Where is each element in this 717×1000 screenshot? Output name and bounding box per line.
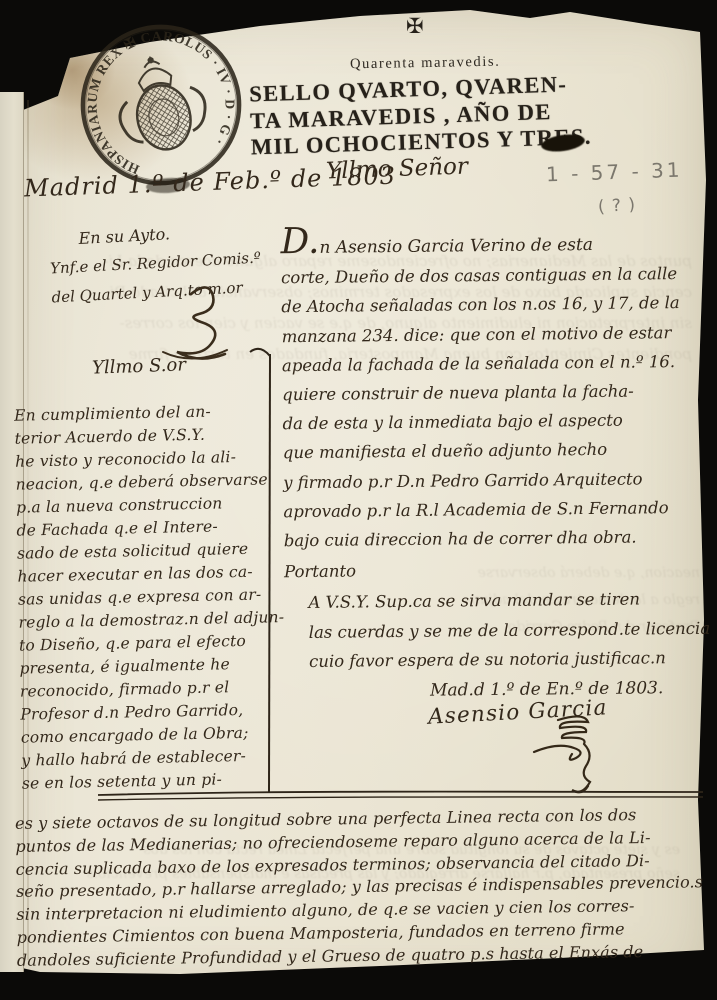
text-line: apeada la fachada de la señalada con el … xyxy=(282,347,704,381)
petition-text: D.n Asensio Garcia Verino de estacorte, … xyxy=(281,224,708,708)
text-line: que manifiesta el dueño adjunto hecho xyxy=(283,434,705,468)
text-line: D.n Asensio Garcia Verino de esta xyxy=(281,224,703,264)
text-line: manzana 234. dice: que con el motivo de … xyxy=(281,317,703,351)
stamp-value-label: Quarenta maravedis. xyxy=(350,54,501,74)
margin-annotation: En su Ayto.Ynf.e el Sr. Regidor Comis.ºd… xyxy=(48,215,263,313)
text-line: aprovado p.r la R.l Academia de S.n Fern… xyxy=(283,493,705,527)
text-line: A V.S.Y. Sup.ca se sirva mandar se tiren xyxy=(308,584,706,617)
text-line: cuio favor espera de su notoria justific… xyxy=(309,643,707,676)
text-line: corte, Dueño de dos casas contiguas en l… xyxy=(281,259,703,293)
petition-body: D.n Asensio Garcia Verino de estacorte, … xyxy=(281,224,706,556)
archive-query-mark: ( ? ) xyxy=(597,195,636,218)
conditions-paragraph: es y siete octavos de su longitud sobre … xyxy=(15,803,711,972)
left-column-heading: Yllmo S.or xyxy=(92,354,187,378)
petition-request: A V.S.Y. Sup.ca se sirva mandar se tiren… xyxy=(308,584,707,676)
portanto-line: Portanto xyxy=(284,553,706,587)
text-line: las cuerdas y se me de la correspond.te … xyxy=(309,613,707,646)
maltese-cross-icon: ✠ xyxy=(406,14,424,38)
salutation-center: Yllmo Señor xyxy=(326,154,469,185)
architect-report-text: En cumplimiento del an-terior Acuerdo de… xyxy=(14,399,276,795)
text-line: de Atocha señaladas con los n.os 16, y 1… xyxy=(281,288,703,322)
text-line: bajo cuia direccion ha de correr dha obr… xyxy=(284,522,706,556)
text-line: y firmado p.r D.n Pedro Garrido Arquitec… xyxy=(283,463,705,497)
text-line: quiere construir de nueva planta la fach… xyxy=(282,376,704,410)
text-line: da de esta y la inmediata bajo el aspect… xyxy=(282,405,704,439)
archive-reference-number: 1 - 57 - 31 xyxy=(546,158,683,187)
manuscript-scan: puntos de las Medianerias; no ofreciendo… xyxy=(0,0,717,1000)
